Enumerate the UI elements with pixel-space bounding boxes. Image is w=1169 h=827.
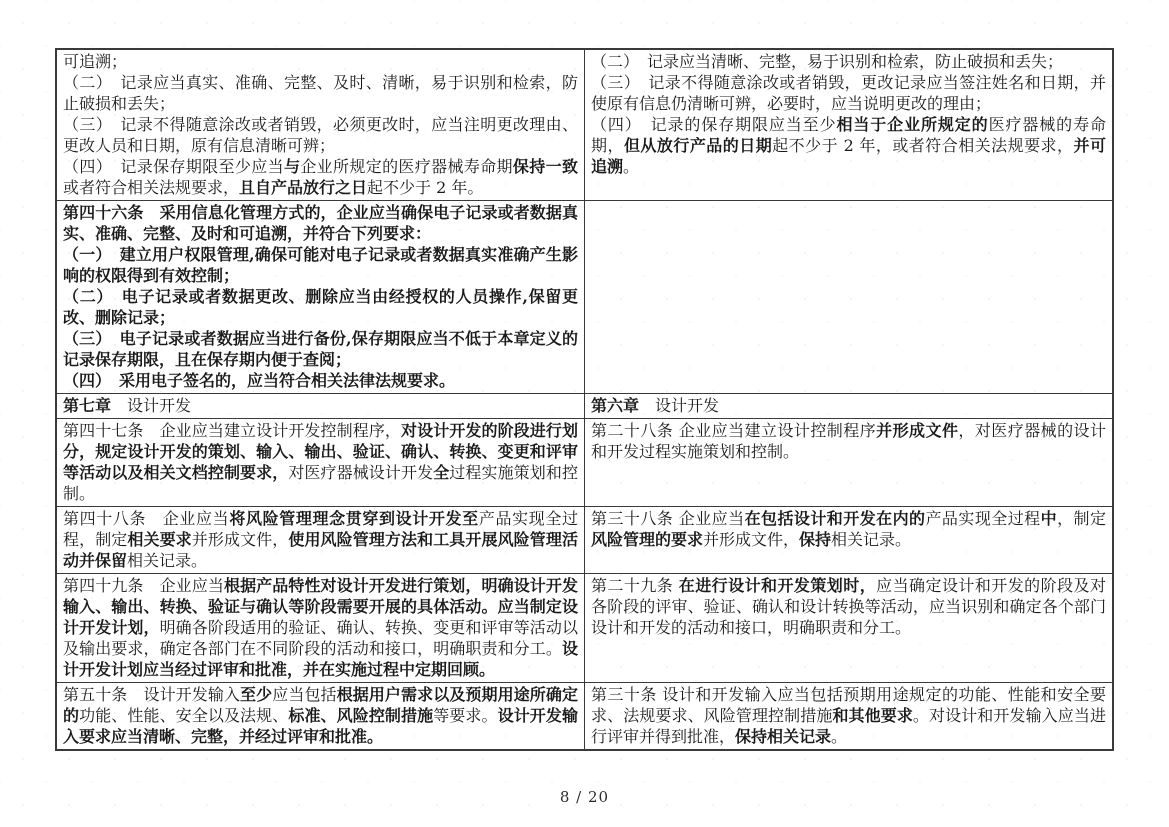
text-segment: 产品实现全过程: [925, 509, 1040, 528]
emphasized-text: （一） 建立用户权限管理,确保可能对电子记录或者数据真实准确产生影响的权限得到有…: [63, 245, 578, 285]
emphasized-text: 标准、风险控制措施: [288, 706, 433, 725]
text-segment: 可追溯；: [63, 52, 127, 71]
paragraph: （四） 记录保存期限至少应当与企业所规定的医疗器械寿命期保持一致或者符合相关法规…: [63, 156, 578, 198]
paragraph: （四） 记录的保存期限应当至少相当于企业所规定的医疗器械的寿命期，但从放行产品的…: [591, 114, 1106, 177]
text-segment: 或者符合相关法规要求，: [63, 178, 239, 197]
paragraph: 第三十条 设计和开发输入应当包括预期用途规定的功能、性能和安全要求、法规要求、风…: [591, 684, 1106, 747]
emphasized-text: 风险管理的要求: [591, 530, 703, 549]
article-cell-right: 第三十条 设计和开发输入应当包括预期用途规定的功能、性能和安全要求、法规要求、风…: [585, 683, 1114, 751]
emphasized-text: （四） 采用电子签名的，应当符合相关法律法规要求。: [63, 371, 455, 390]
paragraph: 第四十七条 企业应当建立设计开发控制程序，对设计开发的阶段进行划分，规定设计开发…: [63, 420, 578, 504]
text-segment: 第四十九条 企业应当: [63, 576, 224, 595]
emphasized-text: 但从放行产品的日期: [624, 136, 772, 155]
text-segment: 企业所规定的医疗器械寿命期: [300, 157, 513, 176]
text-segment: 。: [831, 727, 847, 746]
chapter-heading-left: 第七章 设计开发: [56, 394, 585, 419]
comparison-table: 可追溯；（二） 记录应当真实、准确、完整、及时、清晰，易于识别和检索，防止破损和…: [55, 48, 1114, 751]
paragraph: 第四十八条 企业应当将风险管理理念贯穿到设计开发至产品实现全过程，制定相关要求并…: [63, 508, 578, 571]
article-row: 第五十条 设计开发输入至少应当包括根据用户需求以及预期用途所确定的功能、性能、安…: [56, 683, 1113, 751]
emphasized-text: （三） 电子记录或者数据应当进行备份,保存期限应当不低于本章定义的记录保存期限，…: [63, 329, 578, 369]
article-cell-right: 第二十九条 在进行设计和开发策划时，应当确定设计和开发的阶段及对各阶段的评审、验…: [585, 574, 1114, 683]
text-segment: 相关记录。: [831, 530, 911, 549]
paragraph: （二） 记录应当真实、准确、完整、及时、清晰，易于识别和检索，防止破损和丢失；: [63, 72, 578, 114]
paragraph: 第五十条 设计开发输入至少应当包括根据用户需求以及预期用途所确定的功能、性能、安…: [63, 684, 578, 747]
emphasized-text: 与: [284, 157, 300, 176]
chapter-heading-right: 第六章 设计开发: [585, 394, 1114, 419]
emphasized-text: 全: [433, 463, 449, 482]
text-segment: 并形成文件，: [192, 530, 289, 549]
text-segment: 设计开发: [639, 396, 719, 415]
text-segment: 应当包括: [272, 685, 336, 704]
text-segment: 。: [623, 157, 639, 176]
article-cell-left: 第四十六条 采用信息化管理方式的，企业应当确保电子记录或者数据真实、准确、完整、…: [56, 201, 585, 394]
emphasized-text: （二） 电子记录或者数据更改、删除应当由经授权的人员操作,保留更改、删除记录；: [63, 287, 578, 327]
paragraph: 第三十八条 企业应当在包括设计和开发在内的产品实现全过程中，制定风险管理的要求并…: [591, 508, 1106, 550]
emphasized-text: 第七章: [63, 396, 111, 415]
text-segment: 第三十八条 企业应当: [591, 509, 745, 528]
article-row: 第四十六条 采用信息化管理方式的，企业应当确保电子记录或者数据真实、准确、完整、…: [56, 201, 1113, 394]
paragraph: 第二十九条 在进行设计和开发策划时，应当确定设计和开发的阶段及对各阶段的评审、验…: [591, 575, 1106, 638]
paragraph: 第二十八条 企业应当建立设计控制程序并形成文件，对医疗器械的设计和开发过程实施策…: [591, 420, 1106, 462]
emphasized-text: 第六章: [591, 396, 639, 415]
article-row: 第四十八条 企业应当将风险管理理念贯穿到设计开发至产品实现全过程，制定相关要求并…: [56, 507, 1113, 574]
emphasized-text: 相当于企业所规定的: [836, 115, 988, 134]
article-cell-left: 第四十八条 企业应当将风险管理理念贯穿到设计开发至产品实现全过程，制定相关要求并…: [56, 507, 585, 574]
emphasized-text: 在进行设计和开发策划时，: [679, 576, 876, 595]
text-segment: 等要求。: [433, 706, 497, 725]
emphasized-text: 并形成文件: [876, 421, 958, 440]
text-segment: （三） 记录不得随意涂改或者销毁，必须更改时，应当注明更改理由、更改人员和日期，…: [63, 115, 578, 155]
paragraph: （三） 记录不得随意涂改或者销毁，更改记录应当签注姓名和日期，并使原有信息仍清晰…: [591, 72, 1106, 114]
paragraph: 第四十九条 企业应当根据产品特性对设计开发进行策划，明确设计开发输入、输出、转换…: [63, 575, 578, 680]
text-segment: 设计开发: [111, 396, 191, 415]
paragraph: （一） 建立用户权限管理,确保可能对电子记录或者数据真实准确产生影响的权限得到有…: [63, 244, 578, 286]
paragraph: 第四十六条 采用信息化管理方式的，企业应当确保电子记录或者数据真实、准确、完整、…: [63, 202, 578, 244]
emphasized-text: 保持一致: [513, 157, 578, 176]
article-cell-left: 第五十条 设计开发输入至少应当包括根据用户需求以及预期用途所确定的功能、性能、安…: [56, 683, 585, 751]
text-segment: 第四十七条 企业应当建立设计开发控制程序，: [63, 421, 401, 440]
article-row: 第四十九条 企业应当根据产品特性对设计开发进行策划，明确设计开发输入、输出、转换…: [56, 574, 1113, 683]
emphasized-text: 将风险管理理念贯穿到设计开发至: [229, 509, 478, 528]
article-cell-left: 第四十七条 企业应当建立设计开发控制程序，对设计开发的阶段进行划分，规定设计开发…: [56, 419, 585, 507]
article-cell-right: （二） 记录应当清晰、完整，易于识别和检索，防止破损和丢失；（三） 记录不得随意…: [585, 49, 1114, 201]
paragraph: （三） 电子记录或者数据应当进行备份,保存期限应当不低于本章定义的记录保存期限，…: [63, 328, 578, 370]
text-segment: （二） 记录应当真实、准确、完整、及时、清晰，易于识别和检索，防止破损和丢失；: [63, 73, 578, 113]
text-segment: （二） 记录应当清晰、完整，易于识别和检索，防止破损和丢失；: [591, 52, 1063, 71]
emphasized-text: 在包括设计和开发在内的: [745, 509, 926, 528]
page-number: 8 / 20: [0, 788, 1169, 806]
text-segment: ，制定: [1057, 509, 1106, 528]
emphasized-text: 相关要求: [127, 530, 191, 549]
article-row: 第四十七条 企业应当建立设计开发控制程序，对设计开发的阶段进行划分，规定设计开发…: [56, 419, 1113, 507]
document-page: 可追溯；（二） 记录应当真实、准确、完整、及时、清晰，易于识别和检索，防止破损和…: [0, 0, 1169, 827]
emphasized-text: 至少: [240, 685, 272, 704]
paragraph: 可追溯；: [63, 51, 578, 72]
article-cell-left: 可追溯；（二） 记录应当真实、准确、完整、及时、清晰，易于识别和检索，防止破损和…: [56, 49, 585, 201]
text-segment: （四） 记录保存期限至少应当: [63, 157, 284, 176]
text-segment: 第四十八条 企业应当: [63, 509, 229, 528]
text-segment: 并形成文件，: [703, 530, 799, 549]
emphasized-text: 保持: [799, 530, 831, 549]
emphasized-text: 第四十六条 采用信息化管理方式的，企业应当确保电子记录或者数据真实、准确、完整、…: [63, 203, 578, 243]
text-segment: 相关记录。: [127, 551, 207, 570]
text-segment: 对医疗器械设计开发: [288, 463, 433, 482]
article-cell-right: 第三十八条 企业应当在包括设计和开发在内的产品实现全过程中，制定风险管理的要求并…: [585, 507, 1114, 574]
text-segment: 第五十条 设计开发输入: [63, 685, 240, 704]
article-row: 可追溯；（二） 记录应当真实、准确、完整、及时、清晰，易于识别和检索，防止破损和…: [56, 49, 1113, 201]
text-segment: 第二十九条: [591, 576, 679, 595]
paragraph: （二） 记录应当清晰、完整，易于识别和检索，防止破损和丢失；: [591, 51, 1106, 72]
text-segment: 起不少于 2 年。: [367, 178, 483, 197]
text-segment: 功能、性能、安全以及法规、: [79, 706, 288, 725]
article-cell-left: 第四十九条 企业应当根据产品特性对设计开发进行策划，明确设计开发输入、输出、转换…: [56, 574, 585, 683]
article-cell-right: 第二十八条 企业应当建立设计控制程序并形成文件，对医疗器械的设计和开发过程实施策…: [585, 419, 1114, 507]
chapter-row: 第七章 设计开发第六章 设计开发: [56, 394, 1113, 419]
text-segment: （三） 记录不得随意涂改或者销毁，更改记录应当签注姓名和日期，并使原有信息仍清晰…: [591, 73, 1106, 113]
text-segment: 第二十八条 企业应当建立设计控制程序: [591, 421, 876, 440]
emphasized-text: 保持相关记录: [735, 727, 831, 746]
paragraph: （二） 电子记录或者数据更改、删除应当由经授权的人员操作,保留更改、删除记录；: [63, 286, 578, 328]
emphasized-text: 和其他要求: [832, 706, 912, 725]
paragraph: （三） 记录不得随意涂改或者销毁，必须更改时，应当注明更改理由、更改人员和日期，…: [63, 114, 578, 156]
paragraph: （四） 采用电子签名的，应当符合相关法律法规要求。: [63, 370, 578, 391]
emphasized-text: 中: [1041, 509, 1057, 528]
emphasized-text: 且自产品放行之日: [239, 178, 367, 197]
text-segment: （四） 记录的保存期限应当至少: [591, 115, 836, 134]
comparison-table-body: 可追溯；（二） 记录应当真实、准确、完整、及时、清晰，易于识别和检索，防止破损和…: [56, 49, 1113, 750]
text-segment: 起不少于 2 年，或者符合相关法规要求，: [772, 136, 1073, 155]
article-cell-right: [585, 201, 1114, 394]
